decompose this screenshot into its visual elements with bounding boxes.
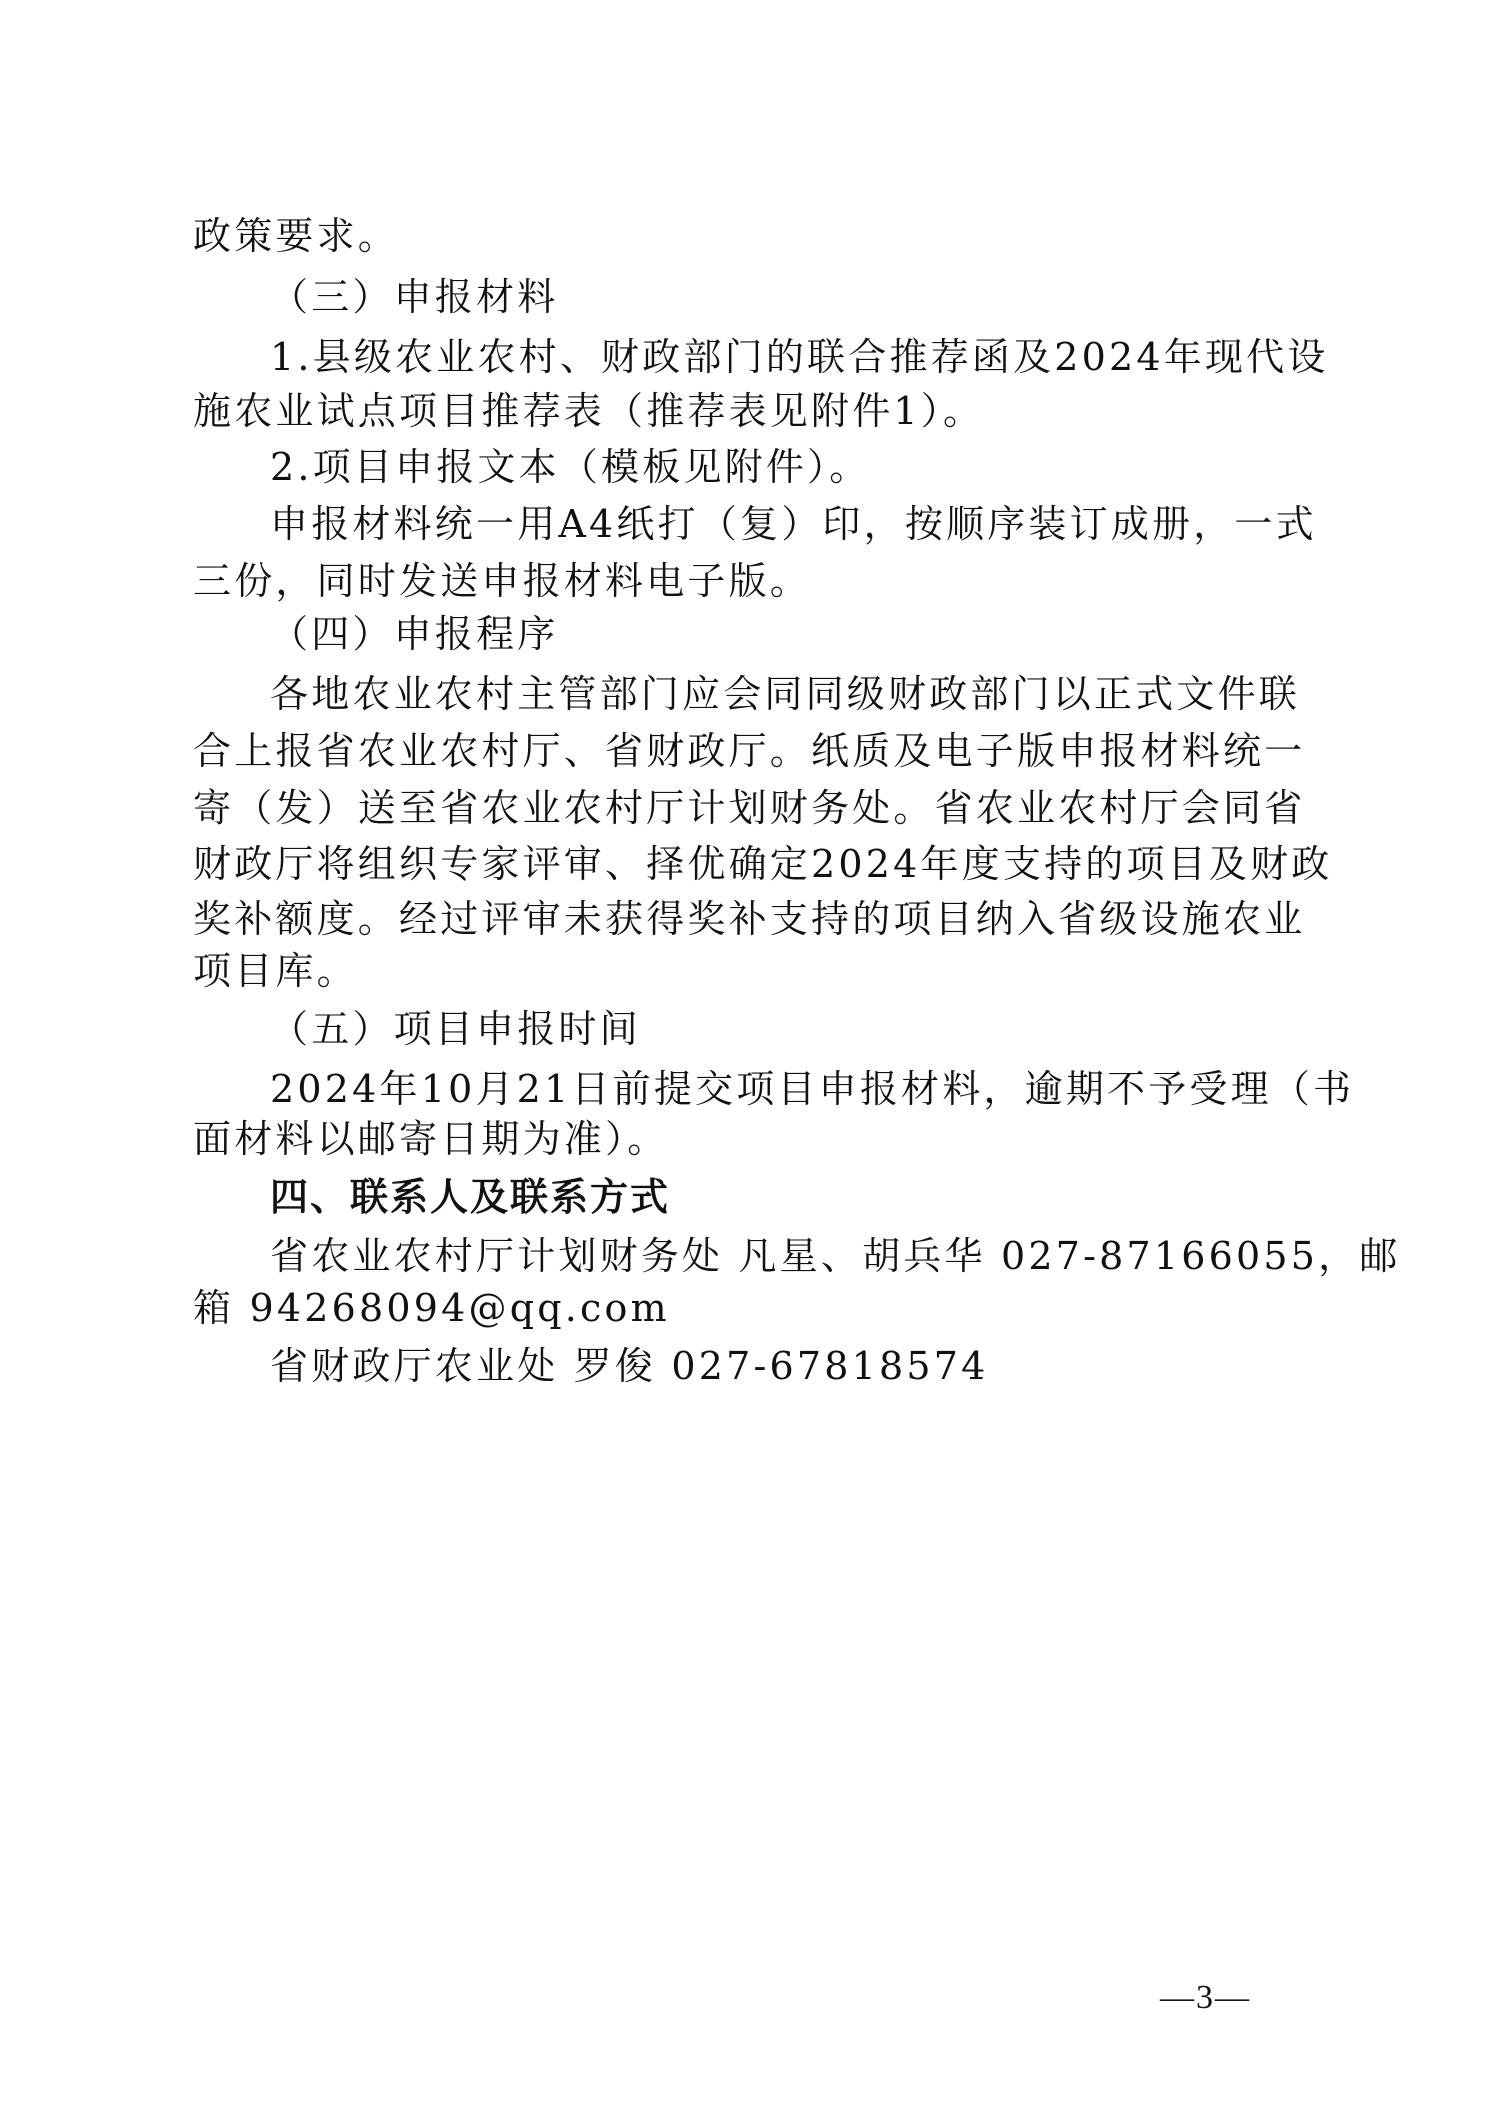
subheading-application-procedure: （四）申报程序 xyxy=(270,610,1380,658)
paragraph-line: 寄（发）送至省农业农村厅计划财务处。省农业农村厅会同省 xyxy=(193,784,1293,832)
paragraph-line: 申报材料统一用A4纸打（复）印，按顺序装订成册，一式 xyxy=(270,500,1293,548)
subheading-application-deadline: （五）项目申报时间 xyxy=(270,1005,1380,1053)
paragraph-line: 财政厅将组织专家评审、择优确定2024年度支持的项目及财政 xyxy=(193,840,1293,888)
paragraph-line: 奖补额度。经过评审未获得奖补支持的项目纳入省级设施农业 xyxy=(193,895,1293,943)
paragraph-line: 施农业试点项目推荐表（推荐表见附件1）。 xyxy=(193,387,1303,435)
paragraph-line: 1.县级农业农村、财政部门的联合推荐函及2024年现代设 xyxy=(270,333,1293,381)
contact-line: 省农业农村厅计划财务处 凡星、胡兵华 027-87166055，邮 xyxy=(270,1232,1293,1280)
paragraph-line: 2024年10月21日前提交项目申报材料，逾期不予受理（书 xyxy=(270,1065,1293,1113)
subheading-application-materials: （三）申报材料 xyxy=(270,273,1380,321)
paragraph-line: 2.项目申报文本（模板见附件）。 xyxy=(270,443,1380,491)
paragraph-line: 项目库。 xyxy=(193,947,1303,995)
document-page: 政策要求。 （三）申报材料 1.县级农业农村、财政部门的联合推荐函及2024年现… xyxy=(0,0,1488,2104)
section-heading-contacts: 四、联系人及联系方式 xyxy=(270,1173,1380,1221)
paragraph-line: 三份，同时发送申报材料电子版。 xyxy=(193,557,1303,605)
paragraph-line: 各地农业农村主管部门应会同同级财政部门以正式文件联 xyxy=(270,670,1293,718)
contact-email-line: 箱 94268094@qq.com xyxy=(193,1284,1303,1332)
paragraph-line: 面材料以邮寄日期为准）。 xyxy=(193,1115,1303,1163)
paragraph-line: 政策要求。 xyxy=(193,212,1303,260)
paragraph-line: 合上报省农业农村厅、省财政厅。纸质及电子版申报材料统一 xyxy=(193,727,1293,775)
page-number: —3— xyxy=(1160,1976,1251,2020)
contact-line: 省财政厅农业处 罗俊 027-67818574 xyxy=(270,1342,1380,1390)
